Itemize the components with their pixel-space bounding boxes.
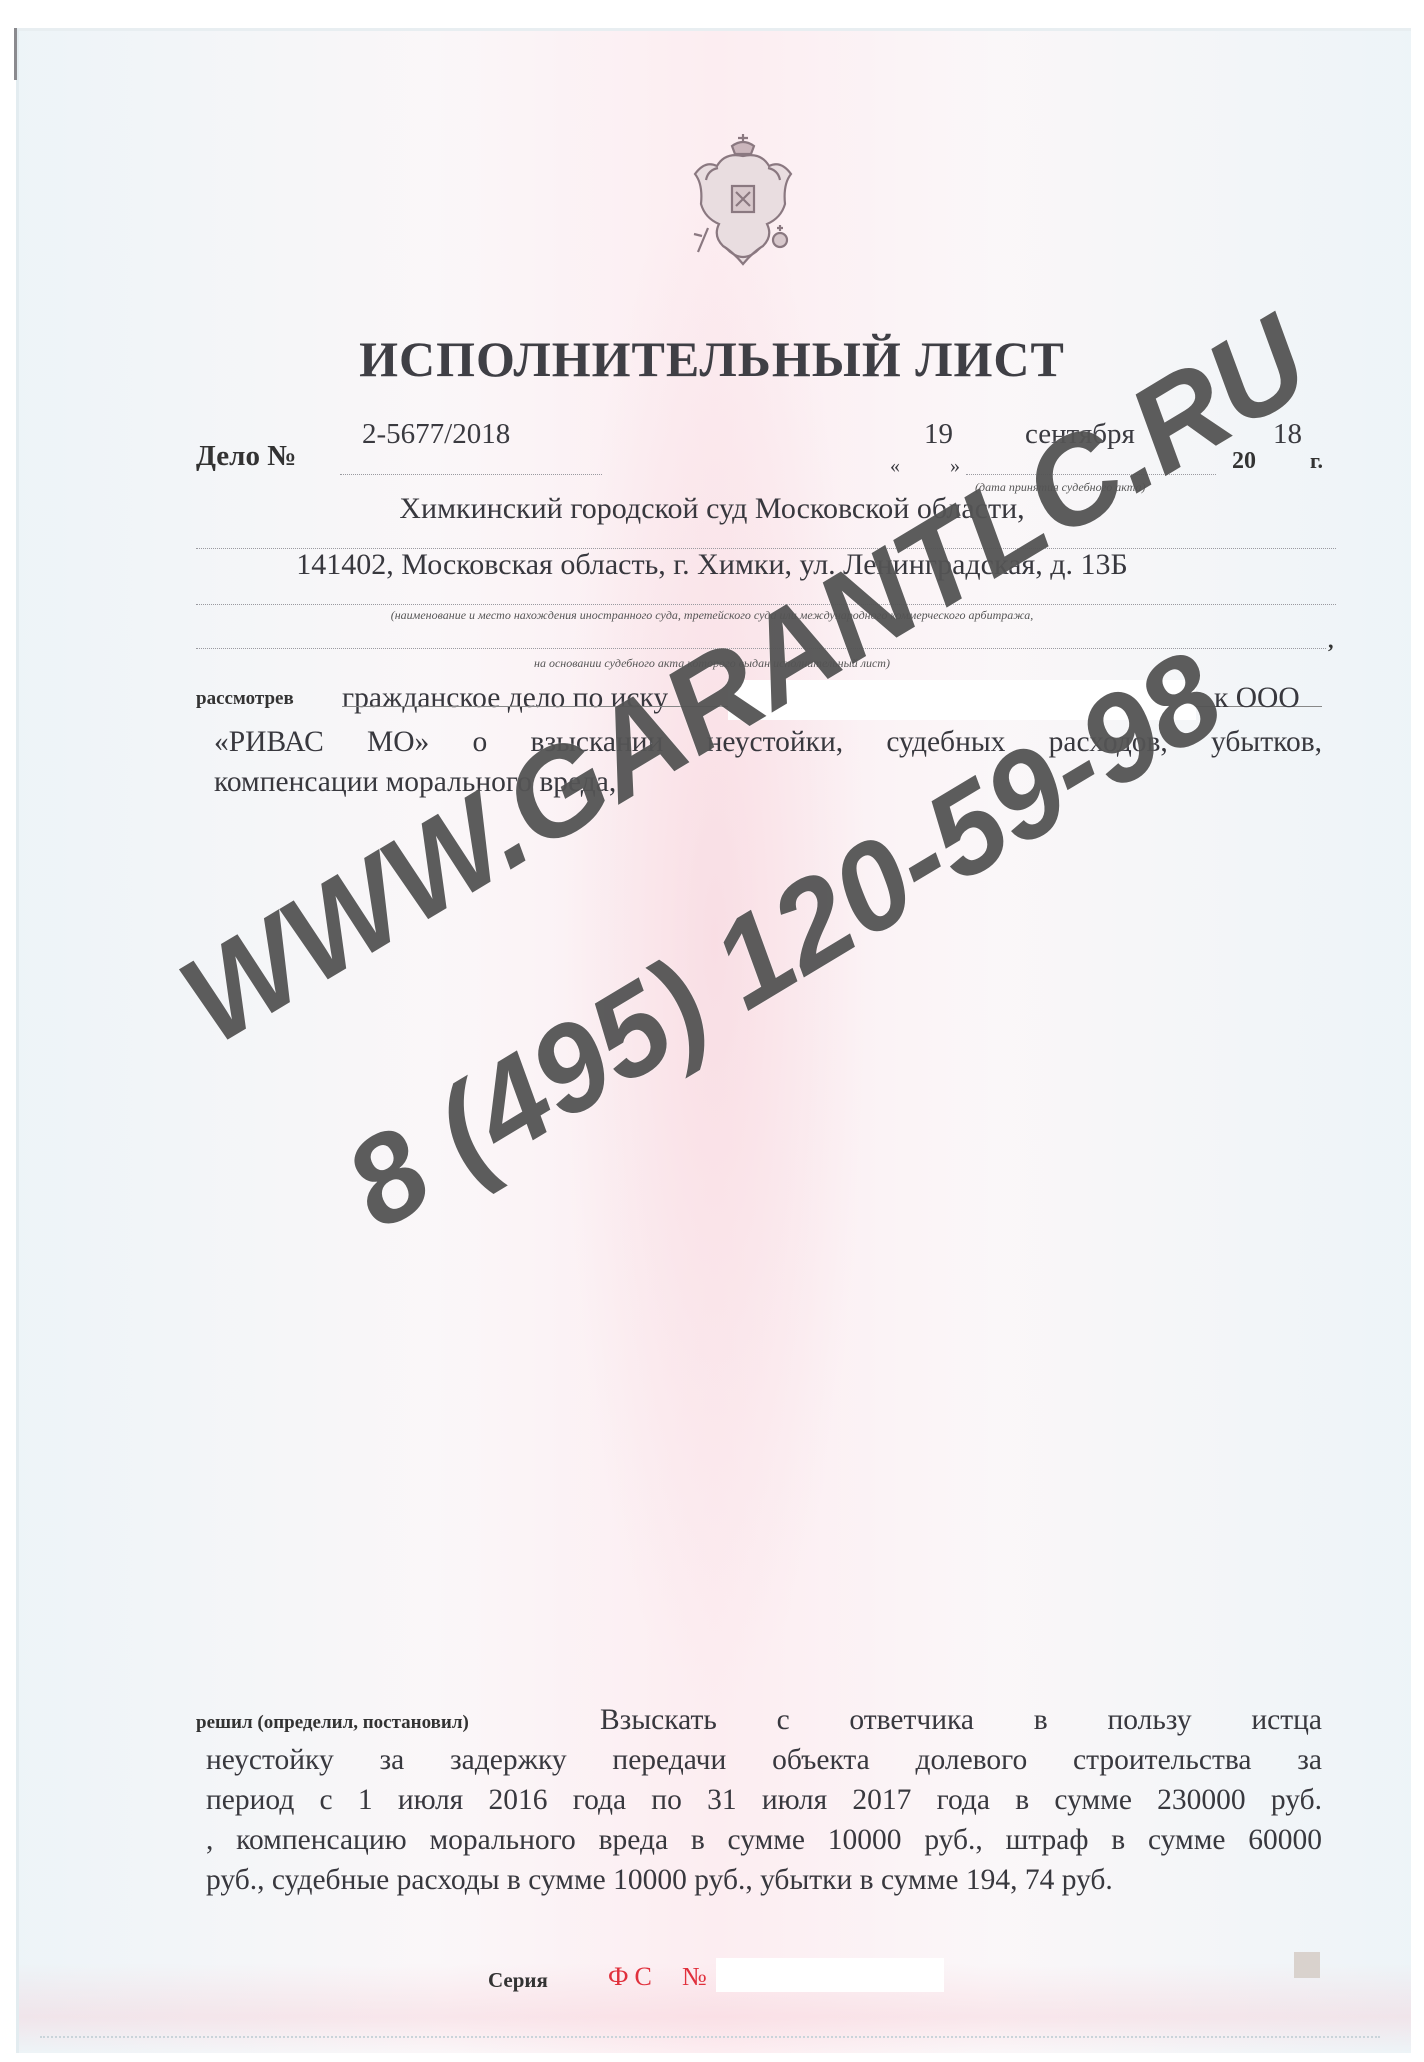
- court-trailing-comma: ,: [1328, 628, 1334, 654]
- series-number-sign: №: [682, 1962, 713, 1992]
- staple-mark: [14, 28, 25, 80]
- case-number-rule: [340, 474, 602, 475]
- date-open-quote: «: [890, 455, 900, 478]
- decision-label: решил (определил, постановил): [196, 1712, 469, 1734]
- considered-label: рассмотрев: [196, 688, 294, 710]
- decision-line2: неустойку за задержку передачи объекта д…: [206, 1740, 1322, 1780]
- decision-line4: , компенсацию морального вреда в сумме 1…: [206, 1820, 1322, 1860]
- security-mark: [1294, 1952, 1320, 1978]
- decision-line5: руб., судебные расходы в сумме 10000 руб…: [206, 1860, 1113, 1900]
- decision-line1: Взыскать с ответчика в пользу истца: [600, 1700, 1322, 1740]
- series-number-redacted: [716, 1958, 944, 1992]
- court-name: Химкинский городской суд Московской обла…: [0, 492, 1424, 526]
- decision-line3: период с 1 июля 2016 года по 31 июля 201…: [206, 1780, 1322, 1820]
- considered-line1-end: к ООО: [1214, 678, 1300, 718]
- court-address: 141402, Московская область, г. Химки, ул…: [0, 548, 1424, 582]
- series-code: ФС: [608, 1962, 658, 1992]
- date-day: 19: [924, 418, 953, 451]
- series-label: Серия: [488, 1968, 548, 1993]
- case-number: 2-5677/2018: [362, 418, 510, 451]
- year-unit: г.: [1310, 448, 1323, 474]
- russian-coat-of-arms-icon: [688, 128, 798, 274]
- bottom-border: [40, 2036, 1380, 2038]
- case-label: Дело №: [196, 440, 296, 473]
